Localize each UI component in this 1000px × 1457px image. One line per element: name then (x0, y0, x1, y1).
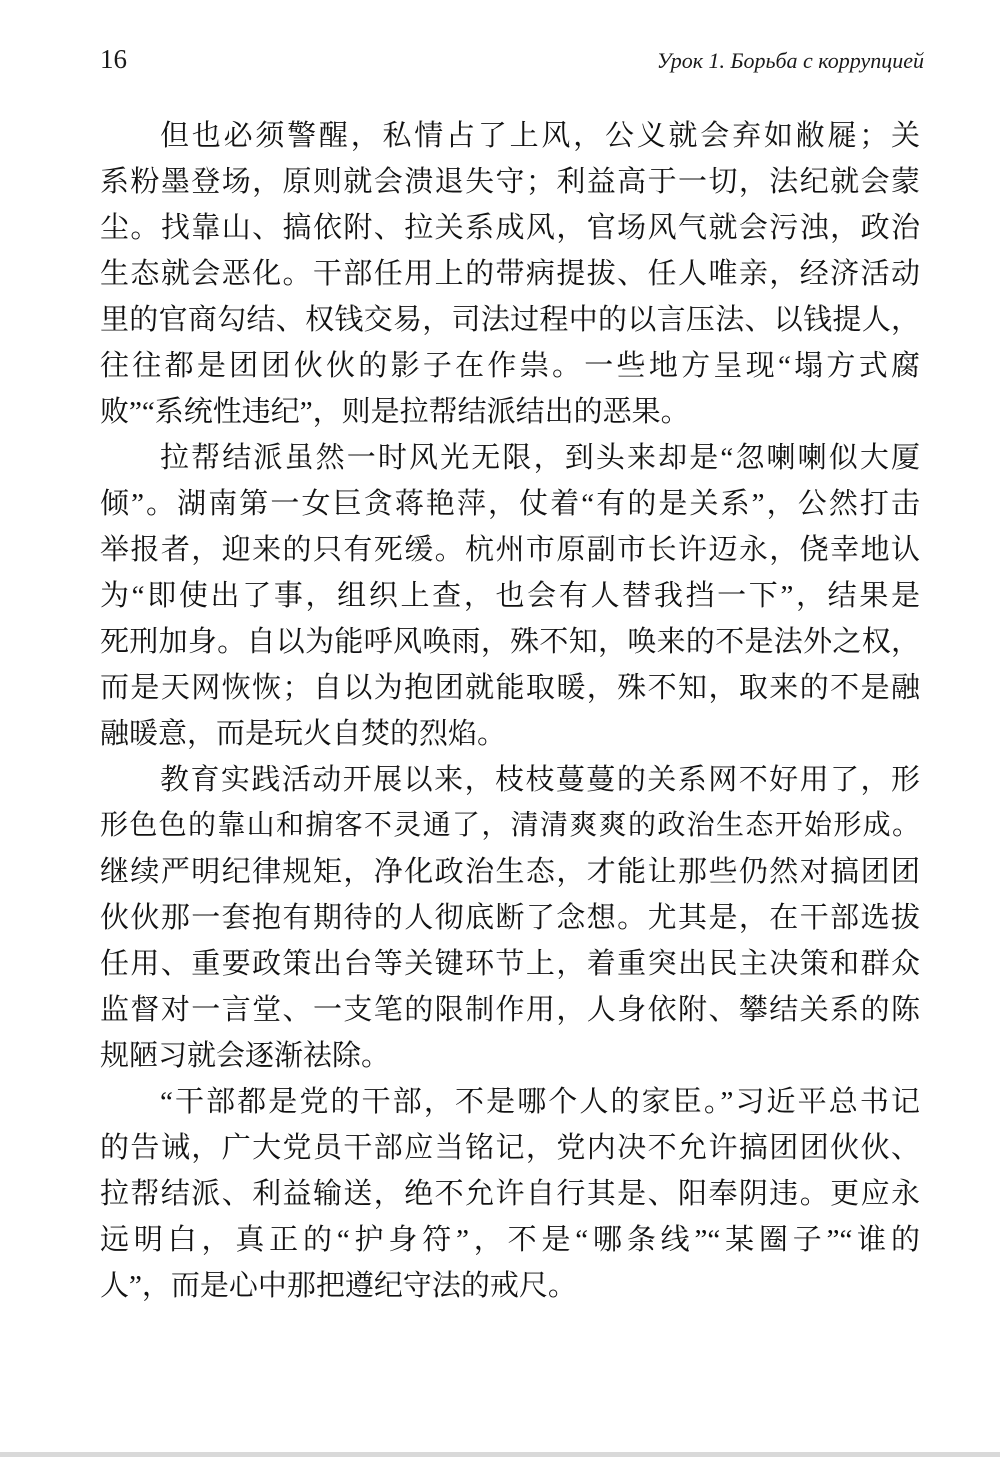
text-line: 系粉墨登场，原则就会溃退失守；利益高于一切，法纪就会蒙 (100, 159, 920, 205)
paragraph-2: 拉帮结派虽然一时风光无限，到头来却是“忽喇喇似大厦 倾”。湖南第一女巨贪蒋艳萍，… (100, 435, 920, 757)
text-line: 人”，而是心中那把遵纪守法的戒尺。 (100, 1263, 920, 1309)
paragraph-1: 但也必须警醒，私情占了上风，公义就会弃如敝屣；关 系粉墨登场，原则就会溃退失守；… (100, 113, 920, 435)
text-line: 往往都是团团伙伙的影子在作祟。一些地方呈现“塌方式腐 (100, 343, 920, 389)
text-line: 死刑加身。自以为能呼风唤雨，殊不知，唤来的不是法外之权， (100, 619, 920, 665)
page-number: 16 (100, 44, 127, 74)
text-line: 拉帮结派、利益输送，绝不允许自行其是、阳奉阴违。更应永 (100, 1171, 920, 1217)
text-line: 监督对一言堂、一支笔的限制作用，人身依附、攀结关系的陈 (100, 987, 920, 1033)
text-line: 为“即使出了事，组织上查，也会有人替我挡一下”，结果是 (100, 573, 920, 619)
paragraph-4: “干部都是党的干部，不是哪个人的家臣。”习近平总书记 的告诫，广大党员干部应当铭… (100, 1079, 920, 1309)
text-line: 拉帮结派虽然一时风光无限，到头来却是“忽喇喇似大厦 (100, 435, 920, 481)
text-line: 规陋习就会逐渐祛除。 (100, 1033, 920, 1079)
text-line: 远明白，真正的“护身符”，不是“哪条线”“某圈子”“谁的 (100, 1217, 920, 1263)
text-line: 的告诫，广大党员干部应当铭记，党内决不允许搞团团伙伙、 (100, 1125, 920, 1171)
text-line: 任用、重要政策出台等关键环节上，着重突出民主决策和群众 (100, 941, 920, 987)
text-line: 倾”。湖南第一女巨贪蒋艳萍，仗着“有的是关系”，公然打击 (100, 481, 920, 527)
paragraph-3: 教育实践活动开展以来，枝枝蔓蔓的关系网不好用了，形 形色色的靠山和掮客不灵通了，… (100, 757, 920, 1079)
text-line: 伙伙那一套抱有期待的人彻底断了念想。尤其是，在干部选拔 (100, 895, 920, 941)
text-line: 败”“系统性违纪”，则是拉帮结派结出的恶果。 (100, 389, 920, 435)
document-page: 16 Урок 1. Борьба с коррупцией 但也必须警醒，私情… (0, 0, 1000, 1457)
text-line: 融暖意，而是玩火自焚的烈焰。 (100, 711, 920, 757)
text-line: 里的官商勾结、权钱交易，司法过程中的以言压法、以钱提人， (100, 297, 920, 343)
text-line: 而是天网恢恢；自以为抱团就能取暖，殊不知，取来的不是融 (100, 665, 920, 711)
text-line: 但也必须警醒，私情占了上风，公义就会弃如敝屣；关 (100, 113, 920, 159)
text-line: 生态就会恶化。干部任用上的带病提拔、任人唯亲，经济活动 (100, 251, 920, 297)
page-bottom-edge (0, 1452, 1000, 1457)
text-line: 形色色的靠山和掮客不灵通了，清清爽爽的政治生态开始形成。 (100, 803, 920, 849)
text-line: 举报者，迎来的只有死缓。杭州市原副市长许迈永，侥幸地认 (100, 527, 920, 573)
text-line: 尘。找靠山、搞依附、拉关系成风，官场风气就会污浊，政治 (100, 205, 920, 251)
text-line: 教育实践活动开展以来，枝枝蔓蔓的关系网不好用了，形 (100, 757, 920, 803)
running-header-title: Урок 1. Борьба с коррупцией (657, 48, 924, 74)
body-text: 但也必须警醒，私情占了上风，公义就会弃如敝屣；关 系粉墨登场，原则就会溃退失守；… (100, 113, 920, 1309)
text-line: 继续严明纪律规矩，净化政治生态，才能让那些仍然对搞团团 (100, 849, 920, 895)
text-line: “干部都是党的干部，不是哪个人的家臣。”习近平总书记 (100, 1079, 920, 1125)
